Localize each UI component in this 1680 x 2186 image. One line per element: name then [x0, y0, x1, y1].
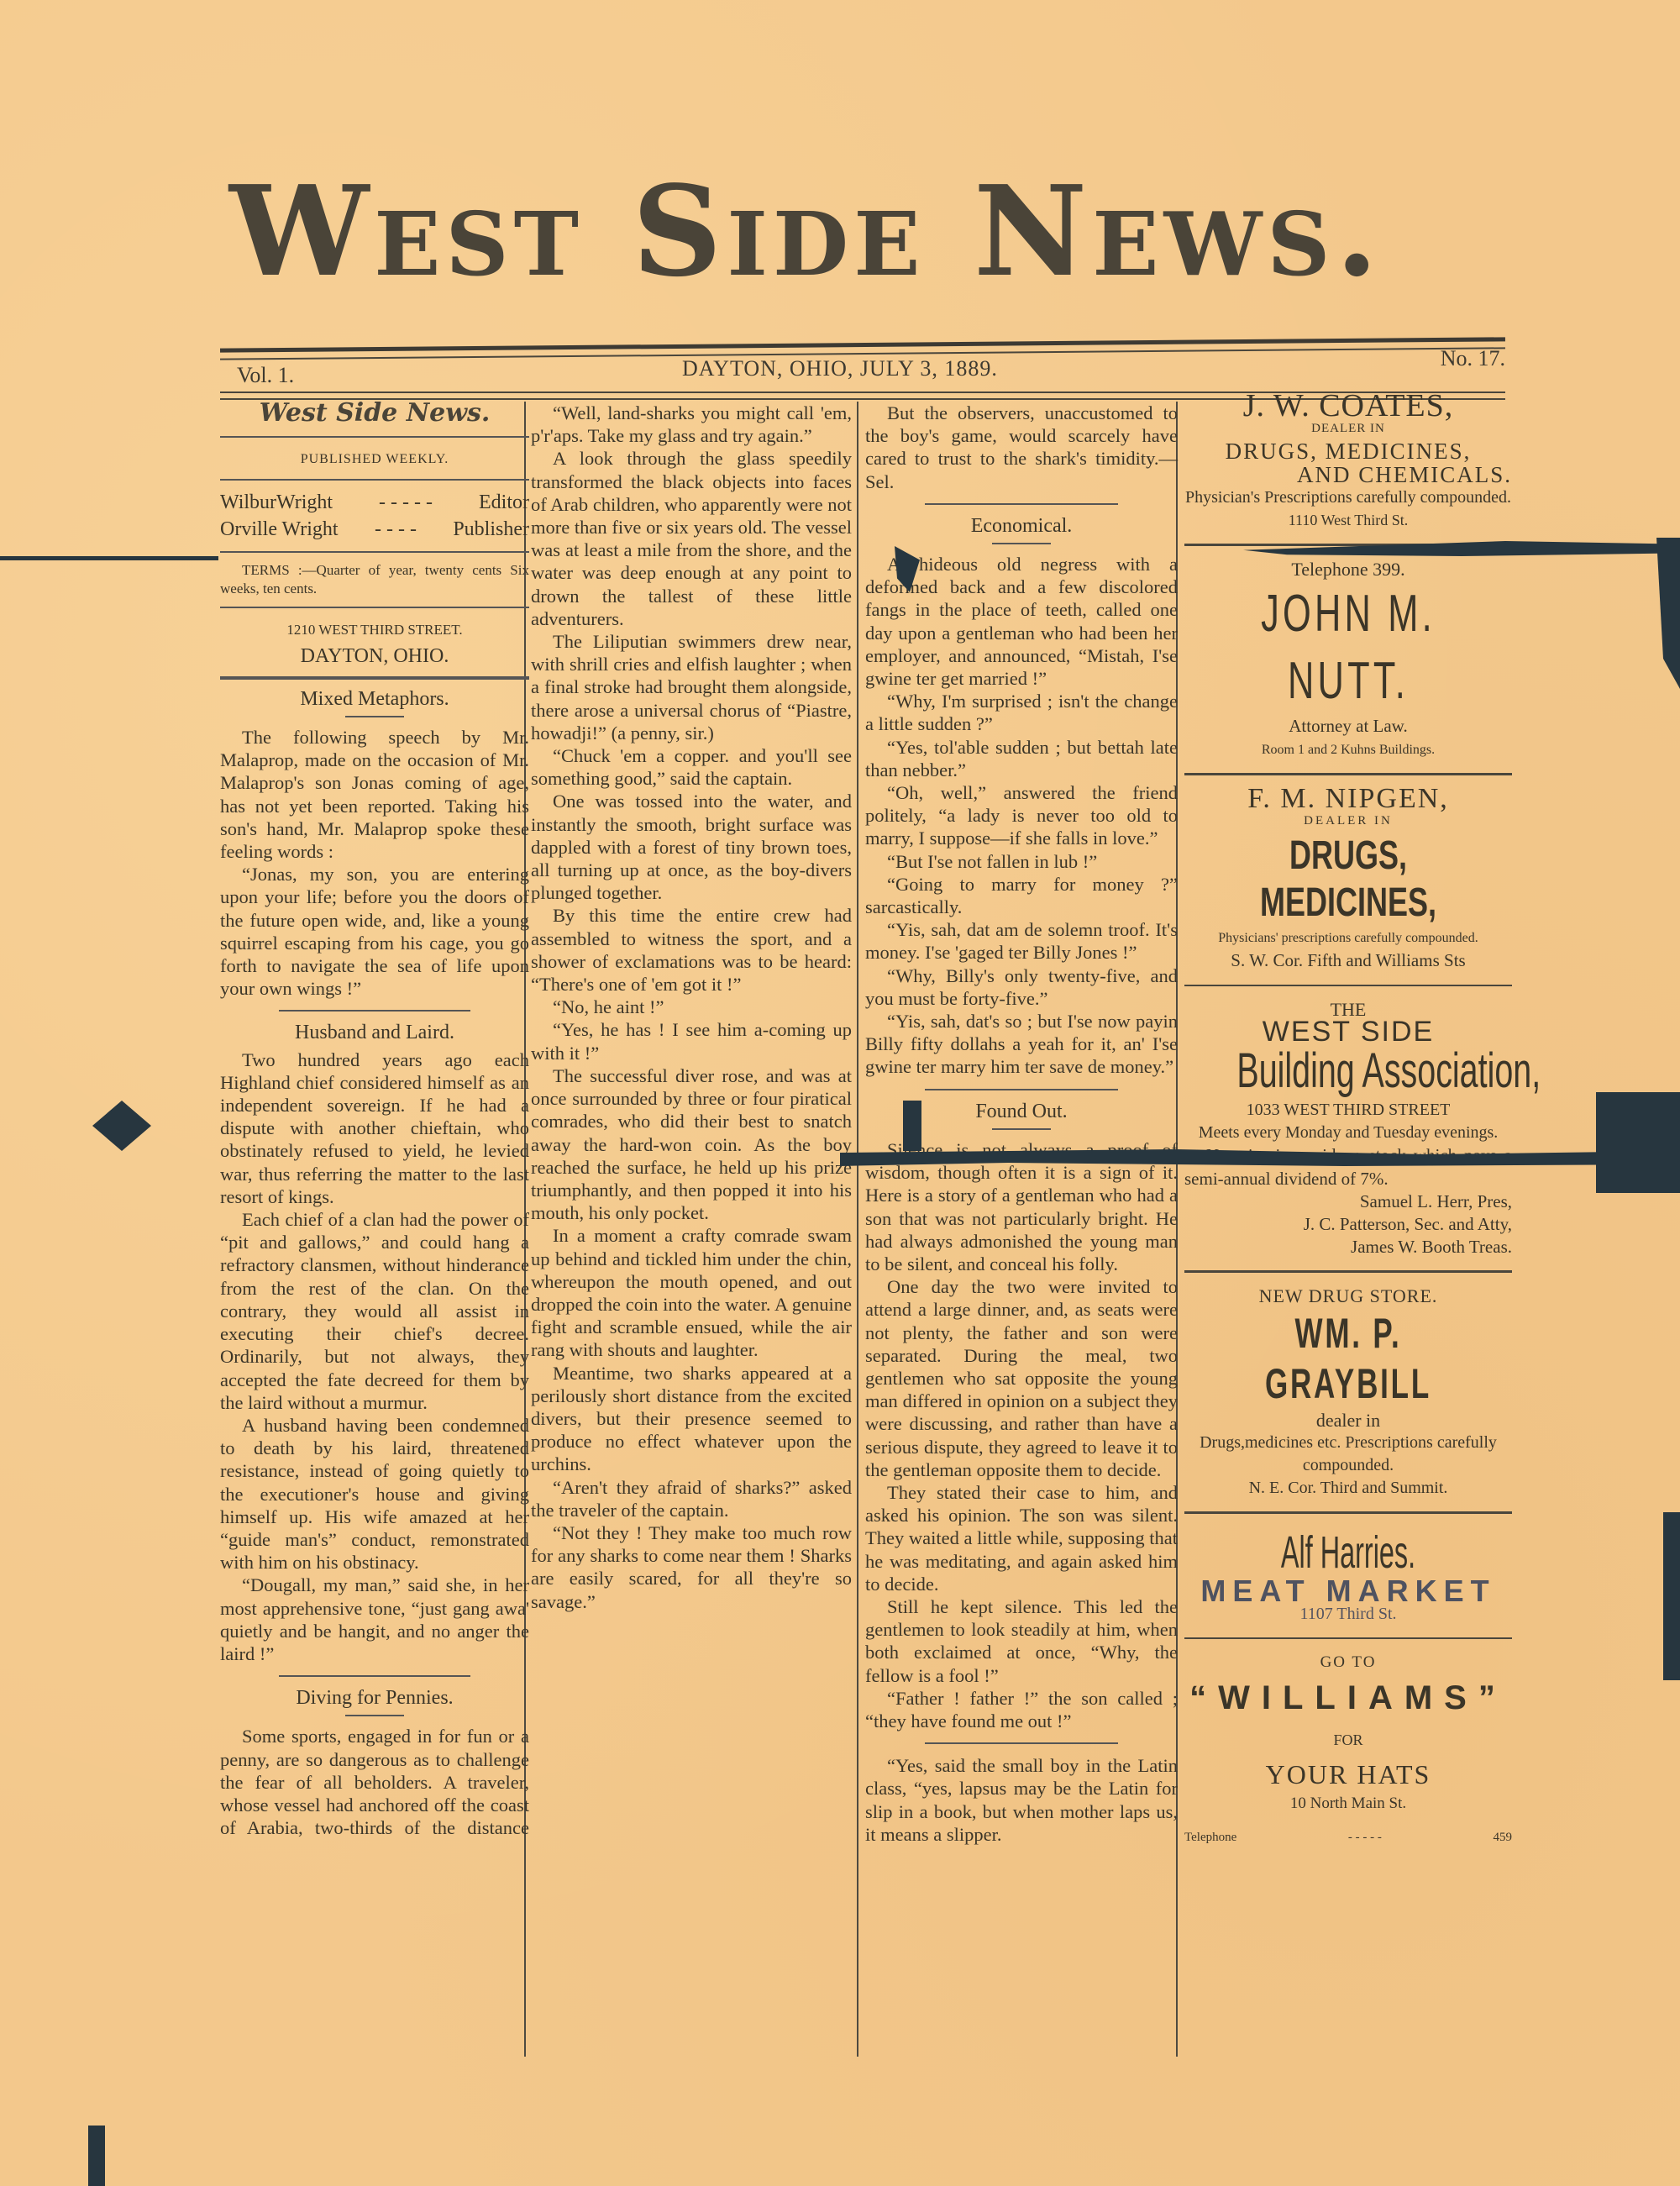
article-headline: Economical. — [865, 515, 1178, 538]
subscription-terms: TERMS :—Quarter of year, twenty cents Si… — [220, 561, 529, 598]
article-paragraph: Still he kept silence. This led the gent… — [865, 1595, 1178, 1687]
ad-graybill: NEW DRUG STORE. WM. P. GRAYBILL dealer i… — [1184, 1285, 1512, 1514]
article-paragraph: In a moment a crafty comrade swam up beh… — [531, 1224, 852, 1361]
article-paragraph: “Why, Billy's only twenty-five, and you … — [865, 964, 1178, 1010]
article-paragraph: Each chief of a clan had the power of “p… — [220, 1208, 529, 1414]
fold-tear — [903, 1101, 921, 1151]
article-paragraph: “Yes, tol'able sudden ; but bettah late … — [865, 736, 1178, 781]
article-headline: Diving for Pennies. — [220, 1687, 529, 1710]
issue-number: No. 17. — [1441, 346, 1505, 371]
article-paragraph: One was tossed into the water, and insta… — [531, 790, 852, 904]
article-paragraph: “Dougall, my man,” said she, in her most… — [220, 1574, 529, 1665]
article-paragraph: “Yis, sah, dat's so ; but I'se now payin… — [865, 1010, 1178, 1079]
article-paragraph: “Going to marry for money ?” sarcastical… — [865, 873, 1178, 918]
ad-nutt: Telephone 399. JOHN M. NUTT. Attorney at… — [1184, 558, 1512, 775]
column-divider — [857, 402, 858, 2057]
ad-coates: J. W. COATES, DEALER IN DRUGS, MEDICINES… — [1184, 395, 1512, 546]
article-paragraph: The Liliputian swimmers drew near, with … — [531, 630, 852, 744]
article-paragraph: A look through the glass speedily transf… — [531, 447, 852, 630]
masthead: West Side News. — [210, 147, 1403, 315]
article-paragraph: They stated their case to him, and asked… — [865, 1481, 1178, 1595]
office-address: 1210 WEST THIRD STREET. — [220, 618, 529, 641]
publication-frequency: PUBLISHED WEEKLY. — [220, 448, 529, 470]
fold-tear — [0, 556, 218, 560]
article-paragraph: “Not they ! They make too much row for a… — [531, 1521, 852, 1613]
volume-label: Vol. 1. — [237, 363, 294, 388]
article-paragraph: By this time the entire crew had assembl… — [531, 904, 852, 996]
article-paragraph: “Oh, well,” answered the friend politely… — [865, 781, 1178, 850]
article-paragraph: “Yis, sah, dat am de solemn troof. It's … — [865, 918, 1178, 964]
article-paragraph: “Father ! father !” the son called ; “th… — [865, 1687, 1178, 1732]
dateline: Vol. 1. DAYTON, OHIO, JULY 3, 1889. No. … — [220, 353, 1505, 386]
ad-nipgen: F. M. NIPGEN, DEALER IN DRUGS, MEDICINES… — [1184, 787, 1512, 986]
fold-tear — [1596, 1092, 1680, 1193]
ad-harries: Alf Harries. MEAT MARKET 1107 Third St. — [1184, 1526, 1512, 1638]
staff-row-editor: WilburWright - - - - - Editor — [220, 489, 529, 516]
article-paragraph: “Chuck 'em a copper. and you'll see some… — [531, 744, 852, 790]
date-label: DAYTON, OHIO, JULY 3, 1889. — [682, 356, 998, 381]
article-paragraph: One day the two were invited to attend a… — [865, 1275, 1178, 1481]
newspaper-title: West Side News. — [210, 147, 1403, 315]
edge-damage — [1663, 1512, 1680, 1680]
article-paragraph: Two hundred years ago each Highland chie… — [220, 1048, 529, 1208]
staff-box-title: West Side News. — [220, 402, 529, 424]
column-ads: J. W. COATES, DEALER IN DRUGS, MEDICINES… — [1184, 395, 1512, 1859]
staff-row-publisher: Orville Wright - - - - Publisher — [220, 516, 529, 543]
article-paragraph: “But I'se not fallen in lub !” — [865, 850, 1178, 873]
article-paragraph: “Jonas, my son, you are entering upon yo… — [220, 863, 529, 1000]
article-paragraph: The successful diver rose, and was at on… — [531, 1064, 852, 1224]
ad-building-association: THE WEST SIDE Building Association, 1033… — [1184, 998, 1512, 1274]
article-paragraph: A husband having been condemned to death… — [220, 1414, 529, 1574]
article-paragraph: “No, he aint !” — [531, 996, 852, 1018]
article-paragraph: “Why, I'm surprised ; isn't the change a… — [865, 690, 1178, 735]
article-paragraph: “Yes, said the small boy in the Latin cl… — [865, 1754, 1178, 1846]
article-paragraph: Meantime, two sharks appeared at a peril… — [531, 1362, 852, 1476]
article-headline: Husband and Laird. — [220, 1022, 529, 1044]
office-city: DAYTON, OHIO. — [220, 645, 529, 668]
column-2: “Well, land-sharks you might call 'em, p… — [531, 402, 852, 1613]
column-1: West Side News. PUBLISHED WEEKLY. Wilbur… — [220, 402, 529, 1839]
article-paragraph: “Yes, he has ! I see him a-coming up wit… — [531, 1018, 852, 1064]
ad-williams: GO TO “WILLIAMS” FOR YOUR HATS 10 North … — [1184, 1651, 1512, 1849]
article-paragraph: Some sports, engaged in for fun or a pen… — [220, 1725, 529, 1839]
article-paragraph: “Aren't they afraid of sharks?” asked th… — [531, 1476, 852, 1521]
article-paragraph: But the observers, unaccustomed to the b… — [865, 402, 1178, 493]
williams-phone-row: Telephone - - - - - 459 — [1184, 1826, 1512, 1849]
article-paragraph: “Well, land-sharks you might call 'em, p… — [531, 402, 852, 447]
article-paragraph: The following speech by Mr. Malaprop, ma… — [220, 726, 529, 863]
edge-damage — [88, 2126, 105, 2186]
article-headline: Mixed Metaphors. — [220, 688, 529, 711]
